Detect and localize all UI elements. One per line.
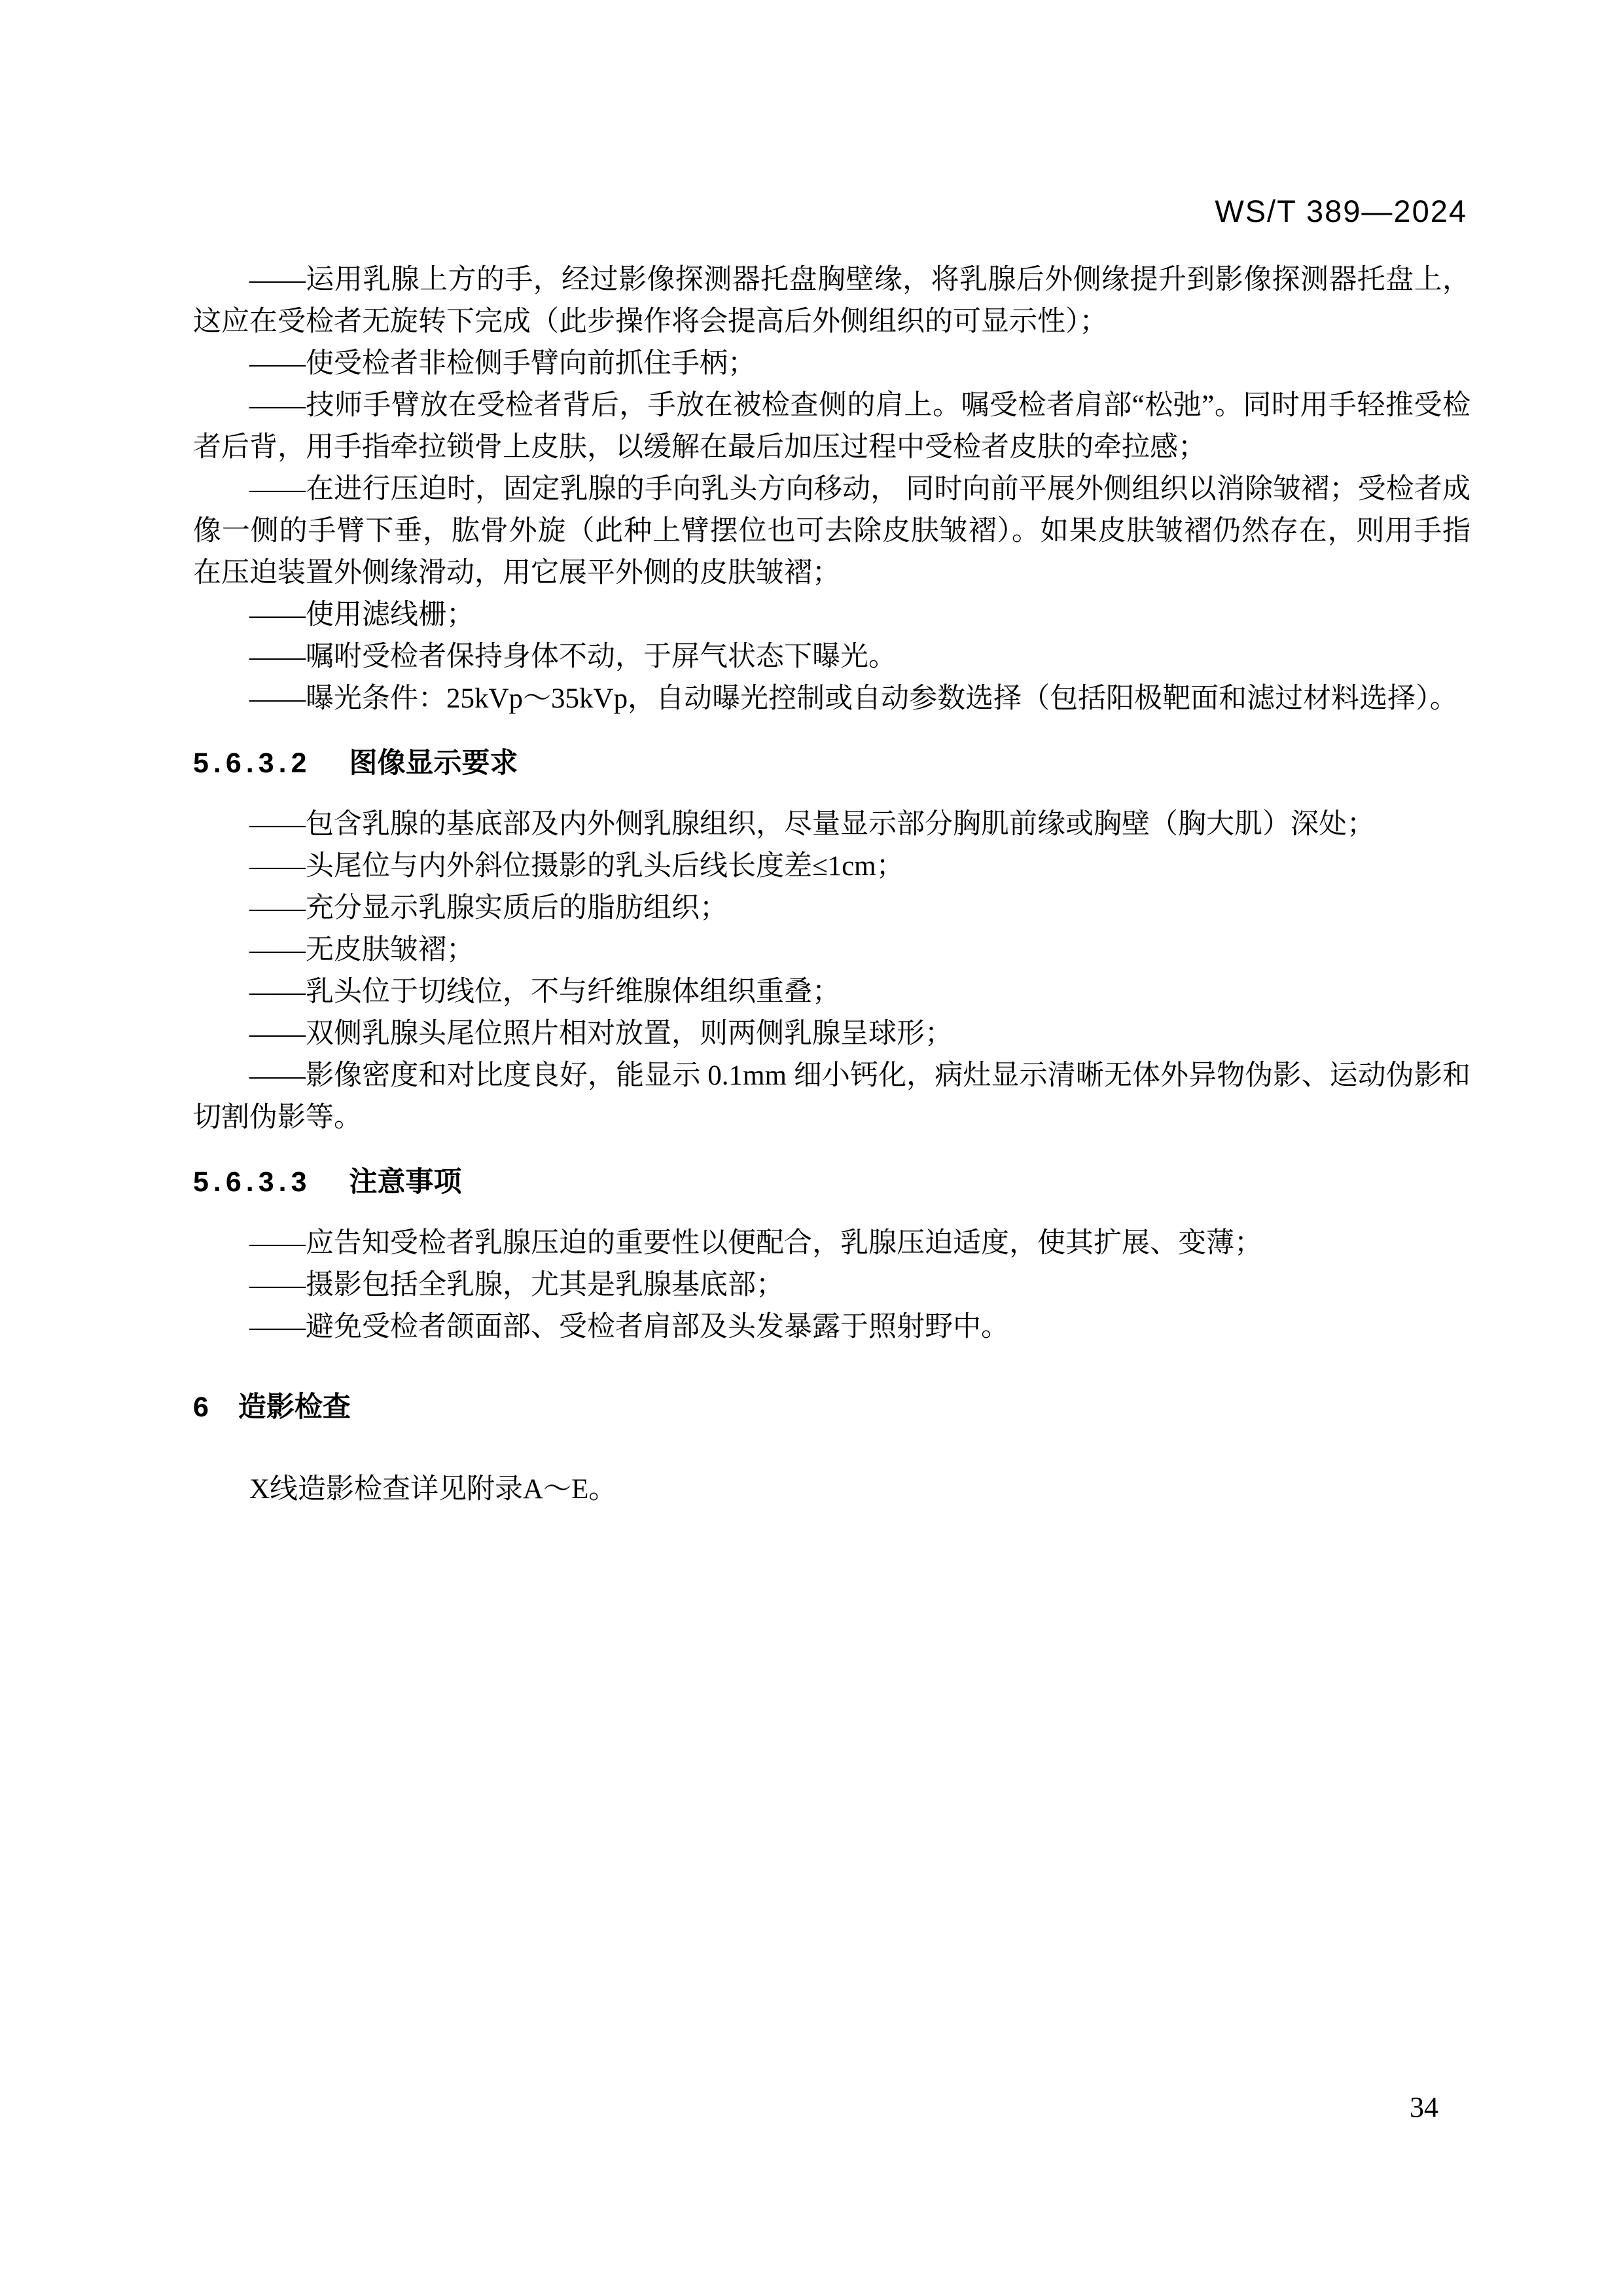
list-item-dash: ——包含乳腺的基底部及内外侧乳腺组织，尽量显示部分胸肌前缘或胸壁（胸大肌）深处； xyxy=(193,804,1471,846)
section-title: 注意事项 xyxy=(349,1166,462,1198)
list-item-dash: ——避免受检者颌面部、受检者肩部及头发暴露于照射野中。 xyxy=(193,1306,1471,1348)
list-item-dash: ——乳头位于切线位，不与纤维腺体组织重叠； xyxy=(193,971,1471,1013)
section-title: 图像显示要求 xyxy=(349,747,518,779)
section-number: 5.6.3.2 xyxy=(193,747,312,779)
chapter-heading-6: 6造影检查 xyxy=(193,1386,1471,1428)
section-heading-5-6-3-2: 5.6.3.2图像显示要求 xyxy=(193,742,1471,784)
list-item-dash: ——影像密度和对比度良好，能显示 0.1mm 细小钙化，病灶显示清晰无体外异物伪… xyxy=(193,1055,1471,1139)
page-content: ——运用乳腺上方的手，经过影像探测器托盘胸壁缘，将乳腺后外侧缘提升到影像探测器托… xyxy=(193,259,1471,1511)
list-item-dash: ——双侧乳腺头尾位照片相对放置，则两侧乳腺呈球形； xyxy=(193,1013,1471,1055)
chapter-number: 6 xyxy=(193,1391,209,1423)
chapter-title: 造影检查 xyxy=(238,1391,351,1423)
section-heading-5-6-3-3: 5.6.3.3注意事项 xyxy=(193,1161,1471,1203)
standard-code-header: WS/T 389—2024 xyxy=(1215,193,1467,229)
list-item-dash: ——头尾位与内外斜位摄影的乳头后线长度差≤1cm； xyxy=(193,846,1471,888)
list-item-dash: ——无皮肤皱褶； xyxy=(193,929,1471,971)
list-item-dash: ——运用乳腺上方的手，经过影像探测器托盘胸壁缘，将乳腺后外侧缘提升到影像探测器托… xyxy=(193,259,1471,343)
section-number: 5.6.3.3 xyxy=(193,1166,312,1198)
document-page: WS/T 389—2024 ——运用乳腺上方的手，经过影像探测器托盘胸壁缘，将乳… xyxy=(0,0,1623,2296)
list-item-dash: ——技师手臂放在受检者背后，手放在被检查侧的肩上。嘱受检者肩部“松弛”。同时用手… xyxy=(193,385,1471,469)
list-item-dash: ——使受检者非检侧手臂向前抓住手柄； xyxy=(193,343,1471,385)
closing-paragraph: X线造影检查详见附录A～E。 xyxy=(193,1469,1471,1511)
list-item-dash: ——使用滤线栅； xyxy=(193,594,1471,636)
list-item-dash: ——摄影包括全乳腺，尤其是乳腺基底部； xyxy=(193,1265,1471,1306)
list-item-dash: ——充分显示乳腺实质后的脂肪组织； xyxy=(193,888,1471,929)
list-item-dash: ——在进行压迫时，固定乳腺的手向乳头方向移动， 同时向前平展外侧组织以消除皱褶；… xyxy=(193,469,1471,594)
page-number: 34 xyxy=(1410,2090,1438,2124)
list-item-dash: ——嘱咐受检者保持身体不动，于屏气状态下曝光。 xyxy=(193,636,1471,678)
list-item-dash: ——应告知受检者乳腺压迫的重要性以便配合，乳腺压迫适度，使其扩展、变薄； xyxy=(193,1223,1471,1265)
list-item-dash: ——曝光条件：25kVp～35kVp，自动曝光控制或自动参数选择（包括阳极靶面和… xyxy=(193,678,1471,720)
